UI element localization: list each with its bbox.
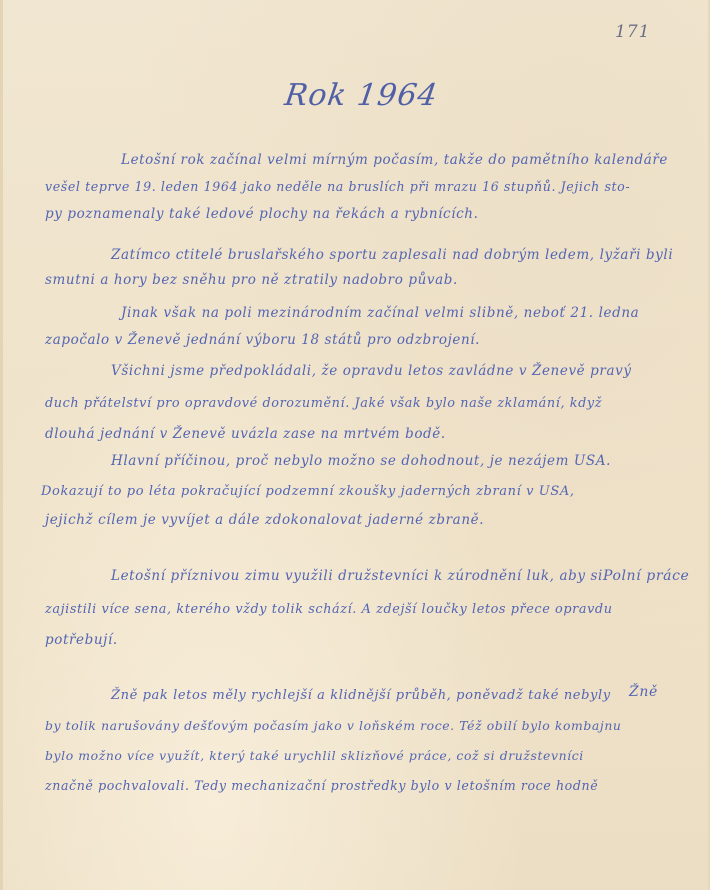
margin-note: Žně — [629, 684, 658, 700]
text-line: vešel teprve 19. leden 1964 jako neděle … — [45, 179, 630, 194]
page-number: 171 — [615, 22, 650, 42]
page-title: Rok 1964 — [283, 78, 441, 113]
text-line: Žně pak letos měly rychlejší a klidnější… — [111, 688, 611, 703]
text-line: zajistili více sena, kterého vždy tolik … — [45, 602, 613, 617]
text-line: Jinak však na poli mezinárodním začínal … — [121, 305, 639, 321]
text-line: Letošní rok začínal velmi mírným počasím… — [121, 152, 668, 168]
text-line: py poznamenaly také ledové plochy na řek… — [45, 206, 478, 222]
text-line: Letošní příznivou zimu využili družstevn… — [111, 568, 603, 584]
text-line: smutni a hory bez sněhu pro ně ztratily … — [45, 272, 458, 288]
text-line: Všichni jsme předpokládali, že opravdu l… — [111, 363, 632, 379]
text-line: Dokazují to po léta pokračující podzemní… — [41, 484, 575, 499]
margin-note: Polní práce — [603, 568, 689, 584]
text-line: značně pochvalovali. Tedy mechanizační p… — [45, 778, 598, 793]
text-line: potřebují. — [45, 632, 118, 648]
chronicle-page: 171 Rok 1964 Letošní rok začínal velmi m… — [0, 0, 710, 890]
text-line: jejichž cílem je vyvíjet a dále zdokonal… — [45, 512, 484, 528]
text-line: Zatímco ctitelé bruslařského sportu zapl… — [111, 247, 673, 263]
text-line: Hlavní příčinou, proč nebylo možno se do… — [111, 453, 611, 469]
text-line: by tolik narušovány dešťovým počasím jak… — [45, 718, 622, 733]
text-line: dlouhá jednání v Ženevě uvázla zase na m… — [45, 426, 446, 442]
text-line: duch přátelství pro opravdové dorozumění… — [45, 396, 602, 411]
text-line: bylo možno více využít, který také urych… — [45, 748, 584, 763]
text-line: započalo v Ženevě jednání výboru 18 stát… — [45, 332, 480, 348]
